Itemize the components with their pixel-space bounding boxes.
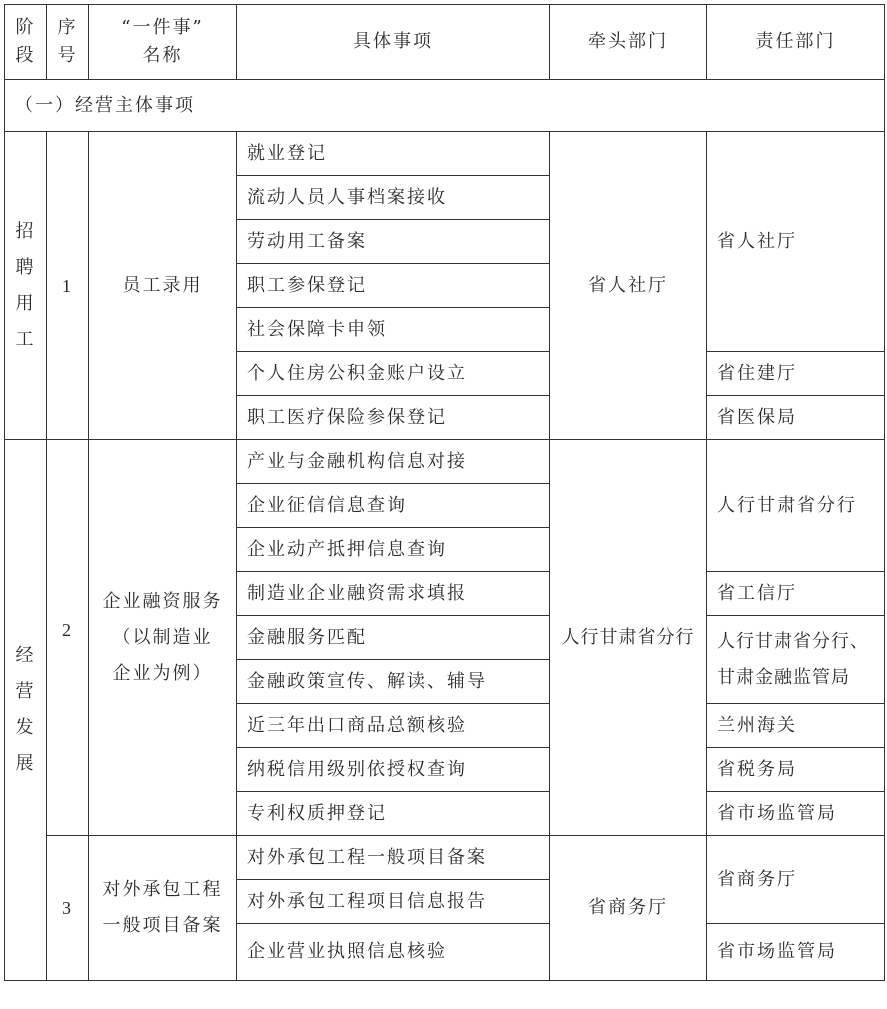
item-cell: 近三年出口商品总额核验 — [237, 704, 550, 748]
seq-cell: 3 — [47, 836, 89, 981]
matter-name-cell: 对外承包工程 一般项目备案 — [89, 836, 237, 981]
item-cell: 专利权质押登记 — [237, 792, 550, 836]
stage-char: 发 — [5, 710, 46, 746]
resp-dept-cell: 省商务厅 — [707, 836, 885, 924]
resp-dept-line: 人行甘肃省分行、 — [717, 624, 884, 660]
item-cell: 对外承包工程项目信息报告 — [237, 880, 550, 924]
table-row: 招 聘 用 工 1 员工录用 就业登记 省人社厅 省人社厅 — [5, 132, 885, 176]
resp-dept-cell: 人行甘肃省分行、 甘肃金融监管局 — [707, 616, 885, 704]
header-seq: 序 号 — [47, 5, 89, 80]
item-cell: 职工医疗保险参保登记 — [237, 396, 550, 440]
resp-dept-cell: 省税务局 — [707, 748, 885, 792]
resp-dept-cell: 省市场监管局 — [707, 924, 885, 981]
matter-name-line: （以制造业 — [89, 620, 236, 656]
stage-char: 聘 — [5, 250, 46, 286]
item-cell: 社会保障卡申领 — [237, 308, 550, 352]
section-row: （一）经营主体事项 — [5, 80, 885, 132]
header-name: “一件事” 名称 — [89, 5, 237, 80]
section-title: （一）经营主体事项 — [5, 80, 885, 132]
stage-cell: 招 聘 用 工 — [5, 132, 47, 440]
item-cell: 产业与金融机构信息对接 — [237, 440, 550, 484]
resp-dept-cell: 省医保局 — [707, 396, 885, 440]
stage-cell: 经 营 发 展 — [5, 440, 47, 981]
header-name-line: 名称 — [89, 42, 236, 70]
resp-dept-cell: 兰州海关 — [707, 704, 885, 748]
stage-char: 营 — [5, 674, 46, 710]
stage-char: 招 — [5, 214, 46, 250]
header-lead-dept: 牵头部门 — [550, 5, 707, 80]
item-cell: 就业登记 — [237, 132, 550, 176]
item-cell: 企业动产抵押信息查询 — [237, 528, 550, 572]
header-row: 阶 段 序 号 “一件事” 名称 具体事项 牵头部门 责任部门 — [5, 5, 885, 80]
item-cell: 企业征信信息查询 — [237, 484, 550, 528]
matters-table: 阶 段 序 号 “一件事” 名称 具体事项 牵头部门 责任部门 （一）经营主体事… — [4, 4, 885, 981]
stage-char: 经 — [5, 638, 46, 674]
table-row: 3 对外承包工程 一般项目备案 对外承包工程一般项目备案 省商务厅 省商务厅 — [5, 836, 885, 880]
header-stage: 阶 段 — [5, 5, 47, 80]
seq-cell: 1 — [47, 132, 89, 440]
resp-dept-cell: 人行甘肃省分行 — [707, 440, 885, 572]
resp-dept-line: 甘肃金融监管局 — [717, 660, 884, 696]
item-cell: 金融服务匹配 — [237, 616, 550, 660]
header-seq-line: 序 — [47, 14, 88, 42]
matter-name-line: 企业为例） — [89, 656, 236, 692]
matter-name-cell: 企业融资服务 （以制造业 企业为例） — [89, 440, 237, 836]
header-item: 具体事项 — [237, 5, 550, 80]
item-cell: 纳税信用级别依授权查询 — [237, 748, 550, 792]
header-stage-line: 阶 — [5, 14, 46, 42]
header-seq-line: 号 — [47, 42, 88, 70]
resp-dept-cell: 省住建厅 — [707, 352, 885, 396]
matter-name-line: 一般项目备案 — [89, 908, 236, 944]
item-cell: 职工参保登记 — [237, 264, 550, 308]
table-row: 经 营 发 展 2 企业融资服务 （以制造业 企业为例） 产业与金融机构信息对接… — [5, 440, 885, 484]
matter-name-line: 企业融资服务 — [89, 584, 236, 620]
matter-name-line: 对外承包工程 — [89, 872, 236, 908]
lead-dept-cell: 人行甘肃省分行 — [550, 440, 707, 836]
item-cell: 流动人员人事档案接收 — [237, 176, 550, 220]
header-stage-line: 段 — [5, 42, 46, 70]
stage-char: 用 — [5, 286, 46, 322]
item-cell: 个人住房公积金账户设立 — [237, 352, 550, 396]
lead-dept-cell: 省商务厅 — [550, 836, 707, 981]
header-resp-dept: 责任部门 — [707, 5, 885, 80]
resp-dept-cell: 省市场监管局 — [707, 792, 885, 836]
lead-dept-cell: 省人社厅 — [550, 132, 707, 440]
item-cell: 对外承包工程一般项目备案 — [237, 836, 550, 880]
resp-dept-cell: 省工信厅 — [707, 572, 885, 616]
header-name-line: “一件事” — [89, 14, 236, 42]
item-cell: 企业营业执照信息核验 — [237, 924, 550, 981]
seq-cell: 2 — [47, 440, 89, 836]
matter-name-cell: 员工录用 — [89, 132, 237, 440]
stage-char: 工 — [5, 322, 46, 358]
item-cell: 劳动用工备案 — [237, 220, 550, 264]
item-cell: 制造业企业融资需求填报 — [237, 572, 550, 616]
item-cell: 金融政策宣传、解读、辅导 — [237, 660, 550, 704]
stage-char: 展 — [5, 746, 46, 782]
resp-dept-cell: 省人社厅 — [707, 132, 885, 352]
